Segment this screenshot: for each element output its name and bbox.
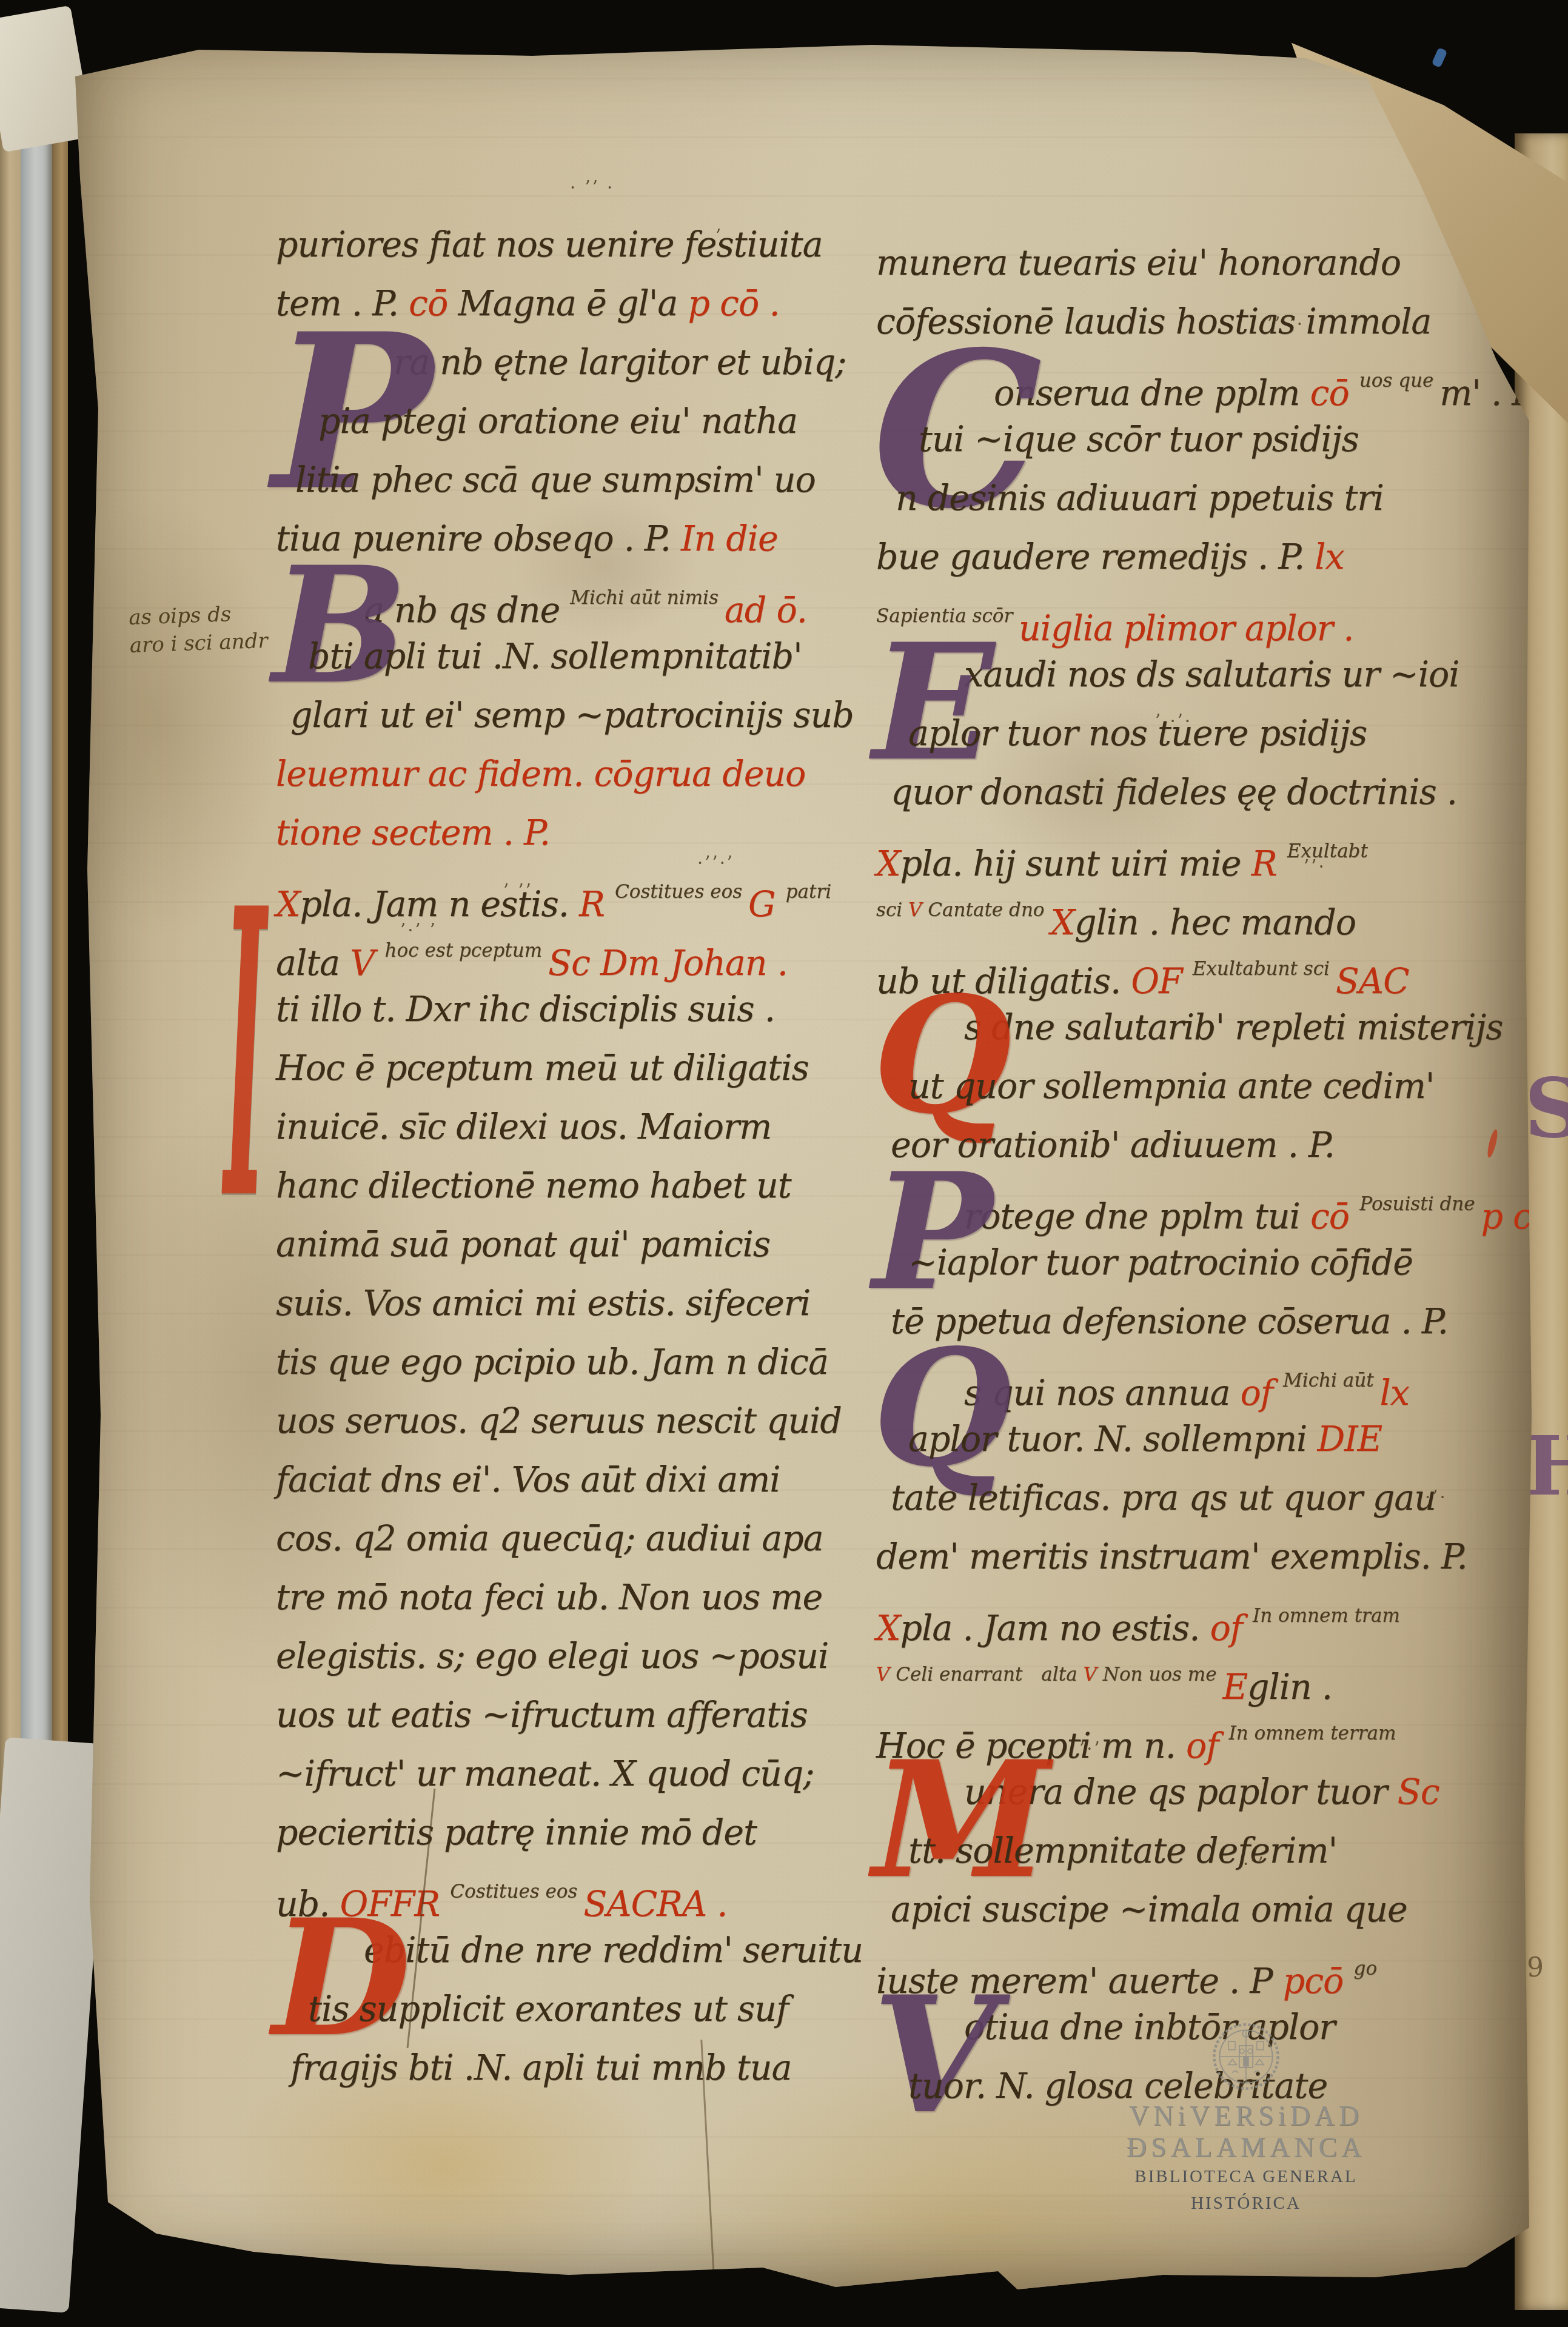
text-line: leuemur ac fidem. cōgrua deuo <box>276 745 882 804</box>
body-text: hoc est pceptum <box>385 940 548 962</box>
body-text: fragijs bti .N. apli tui mnb tua <box>290 2048 791 2088</box>
body-text: sci <box>876 899 908 921</box>
body-text: glin . <box>1247 1667 1332 1707</box>
body-text: uos que <box>1359 370 1439 392</box>
text-line: hanc dilectionē nemo habet ut <box>276 1157 882 1216</box>
neume-mark: ’ ’’ <box>503 880 533 901</box>
rubric-text: V <box>1084 1664 1103 1686</box>
body-text: elegistis. s; ego elegi uos ~posui <box>276 1636 828 1676</box>
body-text: tis supplicit exorantes ut suf <box>308 1989 788 2029</box>
text-line: ~iaplor tuor patrocinio cōfidē <box>876 1234 1525 1293</box>
text-line: tis que ego pcipio ub. Jam n dicā <box>276 1333 882 1392</box>
body-text: patri <box>786 881 832 903</box>
body-text: inuicē. sīc dilexi uos. Maiorm <box>276 1107 771 1147</box>
rubric-text: of <box>1241 1373 1284 1413</box>
text-line: Qs qui nos annua of Michi aūt lx <box>876 1351 1525 1410</box>
text-line: ut quor sollempnia ante cedim' <box>876 1057 1525 1116</box>
body-text: alta <box>276 943 350 983</box>
text-line: Exaudi nos ds salutaris ur ~ioi <box>876 646 1525 705</box>
rubric-text: lx <box>1380 1373 1409 1413</box>
rubric-text: X <box>1050 903 1074 943</box>
neume-mark: ’·’ ’ <box>400 920 437 940</box>
rubric-text: X <box>876 844 900 884</box>
bookmark-speck <box>1432 47 1448 68</box>
neume-mark: · ’’ · <box>570 177 614 198</box>
text-line: Xpla. hij sunt uiri mie R Exultabt <box>876 822 1525 881</box>
body-text: animā suā ponat qui' pamicis <box>276 1225 770 1265</box>
body-text: Celi enarrant alta <box>896 1664 1083 1686</box>
body-text: Posuisti dne <box>1359 1193 1481 1215</box>
body-text: munera tuearis eiu' honorando <box>876 243 1401 283</box>
text-line: apici suscipe ~imala omia que <box>876 1881 1525 1940</box>
body-text: Michi aūt <box>1283 1370 1380 1391</box>
rubric-text: Sc Dm Johan . <box>548 943 788 983</box>
body-text: pecieritis patrę innie mō det <box>276 1813 757 1853</box>
left-text-column: puriores fiat nos uenire festiuitatem . … <box>276 216 882 2098</box>
rubric-text: SAC <box>1336 962 1409 1002</box>
rubric-text: X <box>876 1609 900 1649</box>
body-text: bti apli tui .N. sollempnitatib' <box>308 637 802 677</box>
illuminated-initial: I <box>224 859 266 1254</box>
text-line: cos. q2 omia quecūq; audiui apa <box>276 1510 882 1569</box>
text-line: tui ~ique scōr tuor psidijs <box>876 410 1525 469</box>
body-text: tre mō nota feci ub. Non uos me <box>276 1578 822 1618</box>
neume-mark: ’ <box>715 226 723 246</box>
text-line: IXpla. Jam n estis. R Costitues eos G pa… <box>276 863 882 922</box>
stamp-university-name: VNiVERSiDAD <box>1101 2100 1392 2132</box>
text-line: Debitū dne nre reddim' seruitu <box>276 1921 882 1980</box>
body-text: pla. Jam n estis. <box>300 885 579 925</box>
text-line: bue gaudere remedijs . P. lx <box>876 528 1525 587</box>
rubric-text: SACRA . <box>583 1884 727 1924</box>
rubric-text: V <box>876 1664 896 1686</box>
rubric-text: p cō . <box>688 284 779 324</box>
rubric-text: cō <box>1310 1197 1359 1237</box>
neume-mark: ·’’ <box>1243 1853 1265 1874</box>
text-line: munera tuearis eiu' honorando <box>876 234 1525 293</box>
facing-page-letter-fragment: 9 <box>1527 1952 1544 1983</box>
body-text: go <box>1354 1958 1378 1980</box>
body-text: ti illo t. Dxr ihc disciplis suis . <box>276 989 775 1030</box>
text-line: ~ifruct' ur maneat. X quod cūq; <box>276 1745 882 1804</box>
body-text: Michi aūt nimis <box>570 587 724 609</box>
body-text: ~ifruct' ur maneat. X quod cūq; <box>276 1754 814 1794</box>
body-text: pla. hij sunt uiri mie <box>900 844 1251 884</box>
stamp-university-name-2: ÐSALAMANCA <box>1101 2132 1392 2163</box>
body-text: Hoc ē pceptum meū ut diligatis <box>276 1048 809 1088</box>
body-text: aplor tuor nos tuere psidijs <box>908 714 1367 754</box>
body-text: quor donasti fideles ęę doctrinis . <box>891 772 1457 812</box>
text-line: faciat dns ei'. Vos aūt dixi ami <box>276 1451 882 1510</box>
text-line: quor donasti fideles ęę doctrinis . <box>876 763 1525 822</box>
body-text: tui ~ique scōr tuor psidijs <box>919 420 1359 460</box>
text-line: fragijs bti .N. apli tui mnb tua <box>276 2039 882 2098</box>
body-text: glin . hec mando <box>1074 903 1356 943</box>
text-line: glari ut ei' semp ~patrocinijs sub <box>276 686 882 745</box>
body-text: litia phec scā que sumpsim' uo <box>295 460 816 500</box>
body-text: Exultabt <box>1287 840 1368 862</box>
text-line: V Celi enarrant alta V Non uos me Eglin … <box>876 1646 1525 1704</box>
body-text: uos ut eatis ~ifructum afferatis <box>276 1695 808 1735</box>
rubric-text: R <box>579 885 615 925</box>
rubric-text: pcō <box>1283 1961 1354 2001</box>
body-text: cos. q2 omia quecūq; audiui apa <box>276 1519 823 1559</box>
rubric-text: DIE <box>1317 1419 1382 1459</box>
text-line: tione sectem . P. <box>276 804 882 863</box>
body-text: n desinis adiuuari ppetuis tri <box>896 478 1384 518</box>
text-line: elegistis. s; ego elegi uos ~posui <box>276 1627 882 1686</box>
stamp-library-name: BIBLIOTECA GENERAL HISTÓRICA <box>1101 2163 1392 2217</box>
body-text: ~iaplor tuor patrocinio cōfidē <box>908 1243 1413 1283</box>
body-text: aplor tuor. N. sollempni <box>908 1419 1317 1459</box>
text-line: litia phec scā que sumpsim' uo <box>276 451 882 510</box>
text-line: tre mō nota feci ub. Non uos me <box>276 1569 882 1627</box>
text-line: pia ptegi oratione eiu' natha <box>276 392 882 451</box>
body-text: xaudi nos ds salutaris ur ~ioi <box>964 655 1459 695</box>
text-line: pecieritis patrę innie mō det <box>276 1804 882 1863</box>
neume-mark: ’’· <box>1304 856 1326 877</box>
body-text: Costitues eos <box>615 881 748 903</box>
text-line: Xpla . Jam no estis. of In omnem tram <box>876 1587 1525 1646</box>
body-text: ra nb ętne largitor et ubiq; <box>394 343 846 383</box>
body-text: glari ut ei' semp ~patrocinijs sub <box>290 695 854 735</box>
neume-mark: ’’ ’· <box>1267 313 1304 334</box>
rubric-text: E <box>1222 1667 1247 1707</box>
body-text: Non uos me <box>1103 1664 1223 1686</box>
text-line: ti illo t. Dxr ihc disciplis suis . <box>276 980 882 1039</box>
rubric-text: G <box>748 885 786 925</box>
rubric-text: of <box>1186 1726 1229 1766</box>
text-line: alta V hoc est pceptum Sc Dm Johan . <box>276 922 882 980</box>
facing-page-letter-fragment: S <box>1524 1067 1568 1149</box>
body-text: tt. sollempnitate deferim' <box>908 1831 1337 1871</box>
rubric-text: OF <box>1131 962 1192 1002</box>
body-text: apici suscipe ~imala omia que <box>891 1890 1407 1930</box>
rubric-text: cō <box>1310 373 1359 414</box>
body-text: uos seruos. q2 seruus nescit quid <box>276 1401 842 1441</box>
text-line: n desinis adiuuari ppetuis tri <box>876 469 1525 528</box>
body-text: Cantate dno <box>928 899 1050 921</box>
rubric-text: In die <box>681 519 778 559</box>
body-text: tate letificas. pra qs ut quor gau <box>891 1478 1436 1518</box>
body-text: bue gaudere remedijs . P. <box>876 537 1315 577</box>
body-text: pla . Jam no estis. <box>900 1609 1210 1649</box>
text-line: Ba nb qs dne Michi aūt nimis ad ō. <box>276 569 882 628</box>
text-line: Munera dne qs paplor tuor Sc <box>876 1763 1525 1822</box>
text-line: tis supplicit exorantes ut suf <box>276 1980 882 2039</box>
body-text: Costitues eos <box>450 1881 583 1903</box>
body-text: suis. Vos amici mi estis. sifeceri <box>276 1284 810 1324</box>
text-line: uos ut eatis ~ifructum afferatis <box>276 1686 882 1745</box>
text-line: inuicē. sīc dilexi uos. Maiorm <box>276 1098 882 1157</box>
library-stamp: VNiVERSiDAD ÐSALAMANCA BIBLIOTECA GENERA… <box>1101 2023 1392 2217</box>
body-text: dem' meritis instruam' exemplis. P. <box>876 1537 1467 1577</box>
text-line: Pra nb ętne largitor et ubiq; <box>276 333 882 392</box>
parchment-page: as oips ds aro i sci andr puriores fiat … <box>72 21 1534 2305</box>
rubric-text: leuemur ac fidem. cōgrua deuo <box>276 754 805 794</box>
body-text: s dne salutarib' repleti misterijs <box>964 1008 1503 1048</box>
rubric-text: uiglia plimor aplor . <box>1019 609 1353 649</box>
body-text: faciat dns ei'. Vos aūt dixi ami <box>276 1460 780 1500</box>
text-line: Hoc ē pceptum meū ut diligatis <box>276 1039 882 1098</box>
body-text: tis que ego pcipio ub. Jam n dicā <box>276 1342 828 1382</box>
body-text: In omnem terram <box>1228 1723 1396 1744</box>
body-text: In omnem tram <box>1253 1605 1400 1627</box>
right-text-column: munera tuearis eiu' honorandocōfessionē … <box>876 234 1525 2116</box>
body-text: Exultabunt sci <box>1193 958 1336 980</box>
text-line: dem' meritis instruam' exemplis. P. <box>876 1528 1525 1587</box>
neume-mark: ’ ·’· <box>1155 711 1192 731</box>
text-line: aplor tuor. N. sollempni DIE <box>876 1410 1525 1469</box>
rubric-text: ad ō. <box>725 591 807 631</box>
text-line: animā suā ponat qui' pamicis <box>276 1216 882 1274</box>
body-text: ebitū dne nre reddim' seruitu <box>364 1930 863 1970</box>
rubric-text: R <box>1251 844 1287 884</box>
body-text: pia ptegi oratione eiu' natha <box>318 401 797 441</box>
text-line: uos seruos. q2 seruus nescit quid <box>276 1392 882 1451</box>
body-text: hanc dilectionē nemo habet ut <box>276 1166 791 1206</box>
text-line: tt. sollempnitate deferim' <box>876 1822 1525 1881</box>
neume-mark: ·’· <box>1425 1487 1447 1507</box>
margin-note-line: as oips ds <box>128 599 267 632</box>
neume-mark: ·’’·’ <box>697 852 734 873</box>
text-line: puriores fiat nos uenire festiuita <box>276 216 882 275</box>
text-line: aplor tuor nos tuere psidijs <box>876 705 1525 763</box>
margin-note-line: aro i sci andr <box>129 627 268 660</box>
body-text: rotege dne pplm tui <box>964 1197 1310 1237</box>
text-line: suis. Vos amici mi estis. sifeceri <box>276 1274 882 1333</box>
text-line: Protege dne pplm tui cō Posuisti dne p c… <box>876 1175 1525 1234</box>
university-seal-icon <box>1212 2023 1280 2091</box>
rubric-text: tione sectem . P. <box>276 813 550 853</box>
body-text: puriores fiat nos uenire festiuita <box>276 225 823 265</box>
text-line: sci V Cantate dno Xglin . hec mando <box>876 881 1525 940</box>
body-text: ut quor sollempnia ante cedim' <box>908 1066 1435 1107</box>
manuscript-photo: S H 9 as oips ds aro i sci andr puriores… <box>0 0 1568 2327</box>
rubric-text: V <box>908 899 928 921</box>
neume-mark: ’·’ <box>1079 1738 1102 1759</box>
margin-note: as oips ds aro i sci andr <box>128 599 268 660</box>
text-line: bti apli tui .N. sollempnitatib' <box>276 628 882 686</box>
rubric-text: lx <box>1315 537 1344 577</box>
rubric-text: X <box>276 885 300 925</box>
body-text: Magna ē gl'a <box>458 284 688 324</box>
rubric-text: V <box>350 943 384 983</box>
rubric-text: of <box>1210 1609 1253 1649</box>
rubric-text: Sc <box>1398 1772 1439 1812</box>
text-line: Conserua dne pplm cō uos que m' . P. p c… <box>876 352 1525 410</box>
text-line: Qs dne salutarib' repleti misterijs <box>876 999 1525 1057</box>
